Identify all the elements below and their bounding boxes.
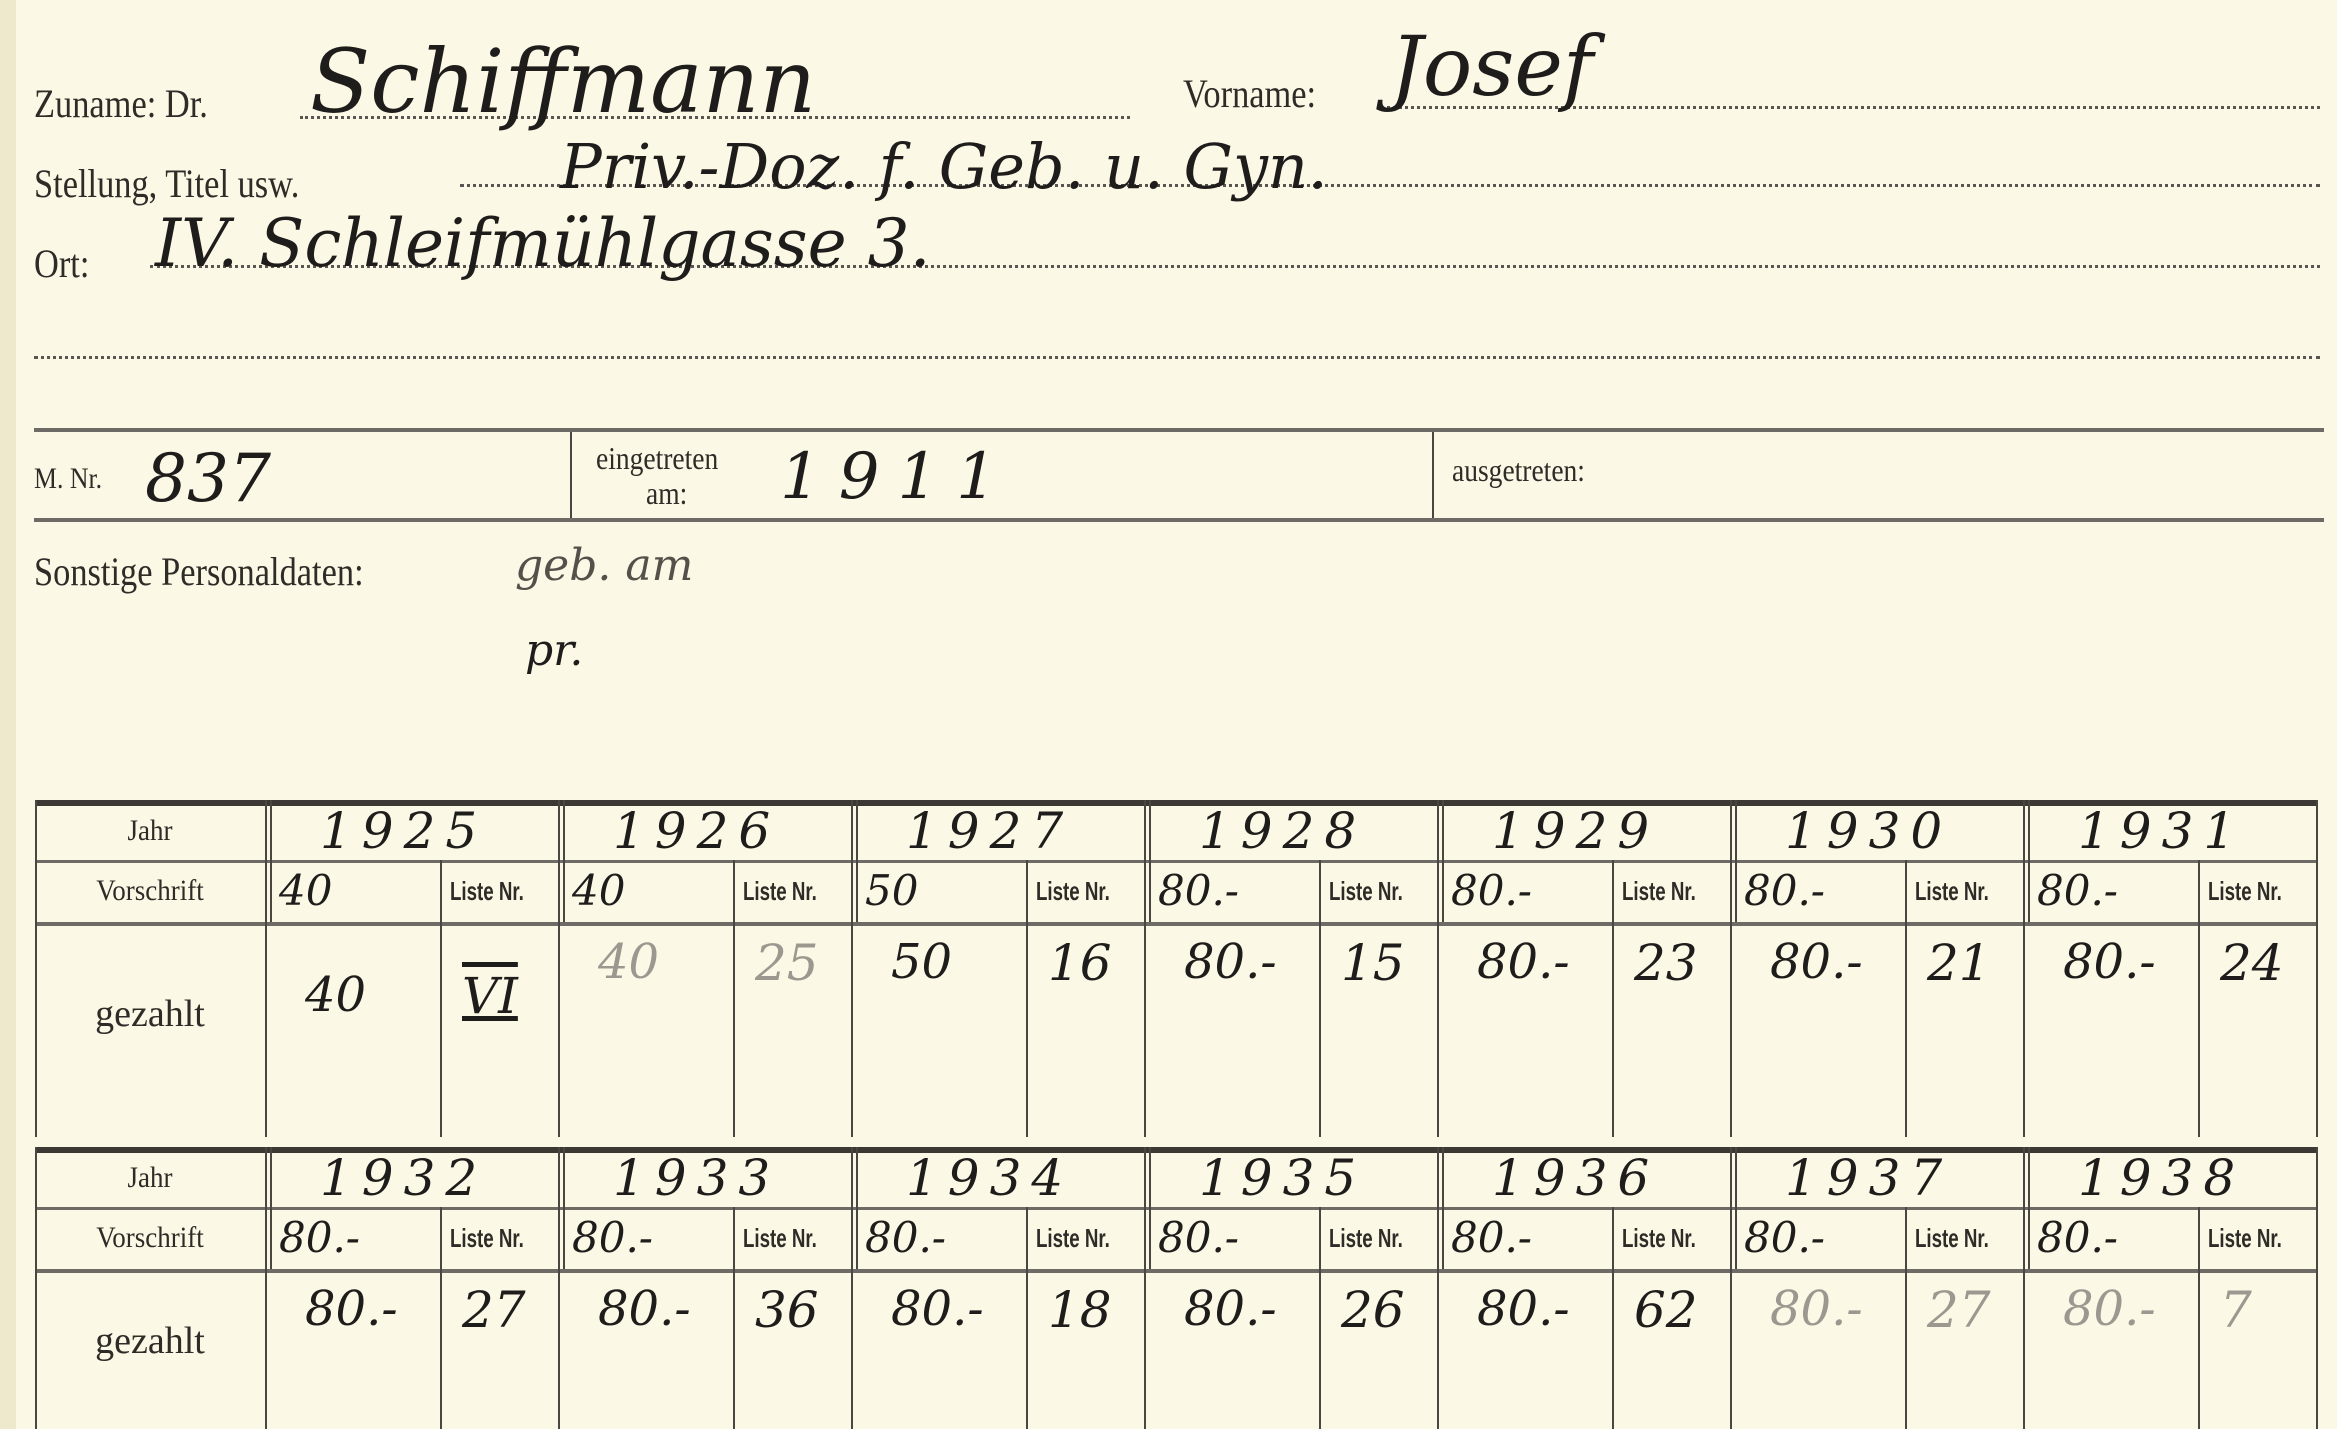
extra-dotted-line [34,356,2320,359]
year-value: 1925 [320,802,487,860]
year-value: 1934 [906,1149,1073,1207]
personal-data-label: Sonstige Personaldaten: [34,548,364,595]
list-number-label: Liste Nr. [2208,876,2282,907]
year-column-divider [265,800,267,1137]
list-number-value: 25 [755,934,819,992]
list-column-divider [2198,1207,2200,1429]
year-column-divider-inner [856,800,858,922]
paid-value: 40 [598,934,659,990]
list-number-label: Liste Nr. [1915,876,1989,907]
year-column-divider [1437,800,1439,1137]
firstname-value: Josef [1390,20,1593,115]
list-column-divider [1612,1207,1614,1429]
required-value: 80.- [2037,1213,2118,1262]
list-number-value: 62 [1634,1281,1698,1339]
member-number-value: 837 [145,440,271,517]
list-number-value: 23 [1634,934,1698,992]
list-number-label: Liste Nr. [1915,1223,1989,1254]
list-column-divider [440,1207,442,1429]
year-column-divider-inner [1735,800,1737,922]
required-value: 80.- [865,1213,946,1262]
paid-value: 40 [305,967,366,1023]
paid-value: 80.- [1477,934,1570,990]
list-number-label: Liste Nr. [1622,876,1696,907]
paid-value: 80.- [2063,934,2156,990]
list-number-value: 27 [462,1281,526,1339]
paid-value: 80.- [891,1281,984,1337]
year-value: 1932 [320,1149,487,1207]
place-value: IV. Schleifmühlgasse 3. [155,205,931,282]
year-column-divider-inner [270,1147,272,1269]
required-value: 80.- [279,1213,360,1262]
required-value: 80.- [1451,1213,1532,1262]
surname-label: Zuname: Dr. [34,80,208,127]
list-number-label: Liste Nr. [450,1223,524,1254]
list-number-value: 7 [2220,1281,2252,1339]
year-column-divider [1437,1147,1439,1429]
paid-value: 80.- [305,1281,398,1337]
list-number-label: Liste Nr. [743,1223,817,1254]
required-row-rule [35,922,2316,926]
year-row-rule [35,860,2316,863]
paid-value: 80.- [1184,934,1277,990]
place-label: Ort: [34,240,89,287]
position-label: Stellung, Titel usw. [34,160,299,207]
paid-value: 80.- [1770,1281,1863,1337]
year-value: 1931 [2078,802,2245,860]
row-label-required: Vorschrift [47,874,254,908]
required-value: 40 [279,866,332,915]
year-column-divider-inner [1149,800,1151,922]
row-label-paid: gezahlt [35,992,265,1036]
required-value: 80.- [1744,866,1825,915]
year-column-divider-inner [1442,1147,1444,1269]
paid-value: 80.- [2063,1281,2156,1337]
paid-value: 80.- [1770,934,1863,990]
year-row-rule [35,1207,2316,1210]
personal-data-line2: pr. [525,625,583,676]
required-value: 80.- [1158,866,1239,915]
required-value: 80.- [1744,1213,1825,1262]
year-column-divider-inner [1149,1147,1151,1269]
list-number-label: Liste Nr. [1036,876,1110,907]
list-column-divider [733,860,735,1137]
paid-value: 80.- [598,1281,691,1337]
required-value: 40 [572,866,625,915]
list-column-divider [1319,1207,1321,1429]
year-column-divider-inner [1735,1147,1737,1269]
year-column-divider-inner [1442,800,1444,922]
year-column-divider [1730,1147,1732,1429]
required-value: 80.- [572,1213,653,1262]
year-value: 1930 [1785,802,1952,860]
year-column-divider-inner [563,1147,565,1269]
list-number-label: Liste Nr. [1329,1223,1403,1254]
joined-label-2: am: [646,475,687,512]
year-value: 1928 [1199,802,1366,860]
row-label-year: Jahr [47,814,254,848]
year-column-divider [851,1147,853,1429]
year-column-divider [1144,800,1146,1137]
year-value: 1938 [2078,1149,2245,1207]
year-value: 1926 [613,802,780,860]
list-column-divider [1026,1207,1028,1429]
left-label: ausgetreten: [1452,452,1585,489]
list-column-divider [1026,860,1028,1137]
membership-top-rule [34,428,2324,432]
paid-value: 50 [891,934,952,990]
membership-divider-1 [570,432,572,518]
required-value: 80.- [1451,866,1532,915]
year-column-divider-inner [563,800,565,922]
year-column-divider [2023,800,2025,1137]
personal-data-line1: geb. am [515,540,693,591]
required-value: 80.- [1158,1213,1239,1262]
card-edge [0,0,16,1429]
year-value: 1927 [906,802,1073,860]
year-column-divider [2023,1147,2025,1429]
list-number-value: 26 [1341,1281,1405,1339]
list-column-divider [1612,860,1614,1137]
list-number-label: Liste Nr. [743,876,817,907]
membership-bottom-rule [34,518,2324,522]
year-column-divider-inner [2028,1147,2030,1269]
year-column-divider [1730,800,1732,1137]
list-number-label: Liste Nr. [1622,1223,1696,1254]
list-number-value: 16 [1048,934,1112,992]
list-column-divider [1905,1207,1907,1429]
year-value: 1935 [1199,1149,1366,1207]
list-column-divider [1319,860,1321,1137]
list-number-label: Liste Nr. [450,876,524,907]
member-number-label: M. Nr. [34,462,102,496]
year-column-divider [558,1147,560,1429]
table-right-border [2316,800,2318,1137]
table-right-border [2316,1147,2318,1429]
joined-label: eingetreten [596,440,718,477]
row-label-required: Vorschrift [47,1221,254,1255]
list-number-value: 21 [1927,934,1991,992]
list-number-value: 24 [2220,934,2284,992]
required-row-rule [35,1269,2316,1273]
list-column-divider [733,1207,735,1429]
list-number-label: Liste Nr. [2208,1223,2282,1254]
year-value: 1929 [1492,802,1659,860]
membership-divider-2 [1432,432,1434,518]
surname-value: Schiffmann [310,30,816,133]
row-label-paid: gezahlt [35,1319,265,1363]
list-number-value: 15 [1341,934,1405,992]
year-value: 1937 [1785,1149,1952,1207]
year-column-divider [265,1147,267,1429]
year-column-divider [851,800,853,1137]
table-left-border [35,1147,37,1429]
list-number-value: 27 [1927,1281,1991,1339]
required-value: 80.- [2037,866,2118,915]
position-value: Priv.-Doz. f. Geb. u. Gyn. [560,130,1328,203]
table-left-border [35,800,37,1137]
list-column-divider [1905,860,1907,1137]
list-number-label: Liste Nr. [1036,1223,1110,1254]
list-column-divider [2198,860,2200,1137]
year-column-divider [558,800,560,1137]
required-value: 50 [865,866,918,915]
year-column-divider-inner [856,1147,858,1269]
list-number-label: Liste Nr. [1329,876,1403,907]
year-value: 1936 [1492,1149,1659,1207]
year-column-divider-inner [2028,800,2030,922]
list-number-value: VI [462,967,518,1025]
paid-value: 80.- [1477,1281,1570,1337]
paid-value: 80.- [1184,1281,1277,1337]
year-column-divider-inner [270,800,272,922]
year-column-divider [1144,1147,1146,1429]
year-value: 1933 [613,1149,780,1207]
list-number-value: 18 [1048,1281,1112,1339]
joined-value: 1911 [780,440,1015,514]
firstname-label: Vorname: [1183,70,1316,117]
row-label-year: Jahr [47,1161,254,1195]
list-number-value: 36 [755,1281,819,1339]
list-column-divider [440,860,442,1137]
